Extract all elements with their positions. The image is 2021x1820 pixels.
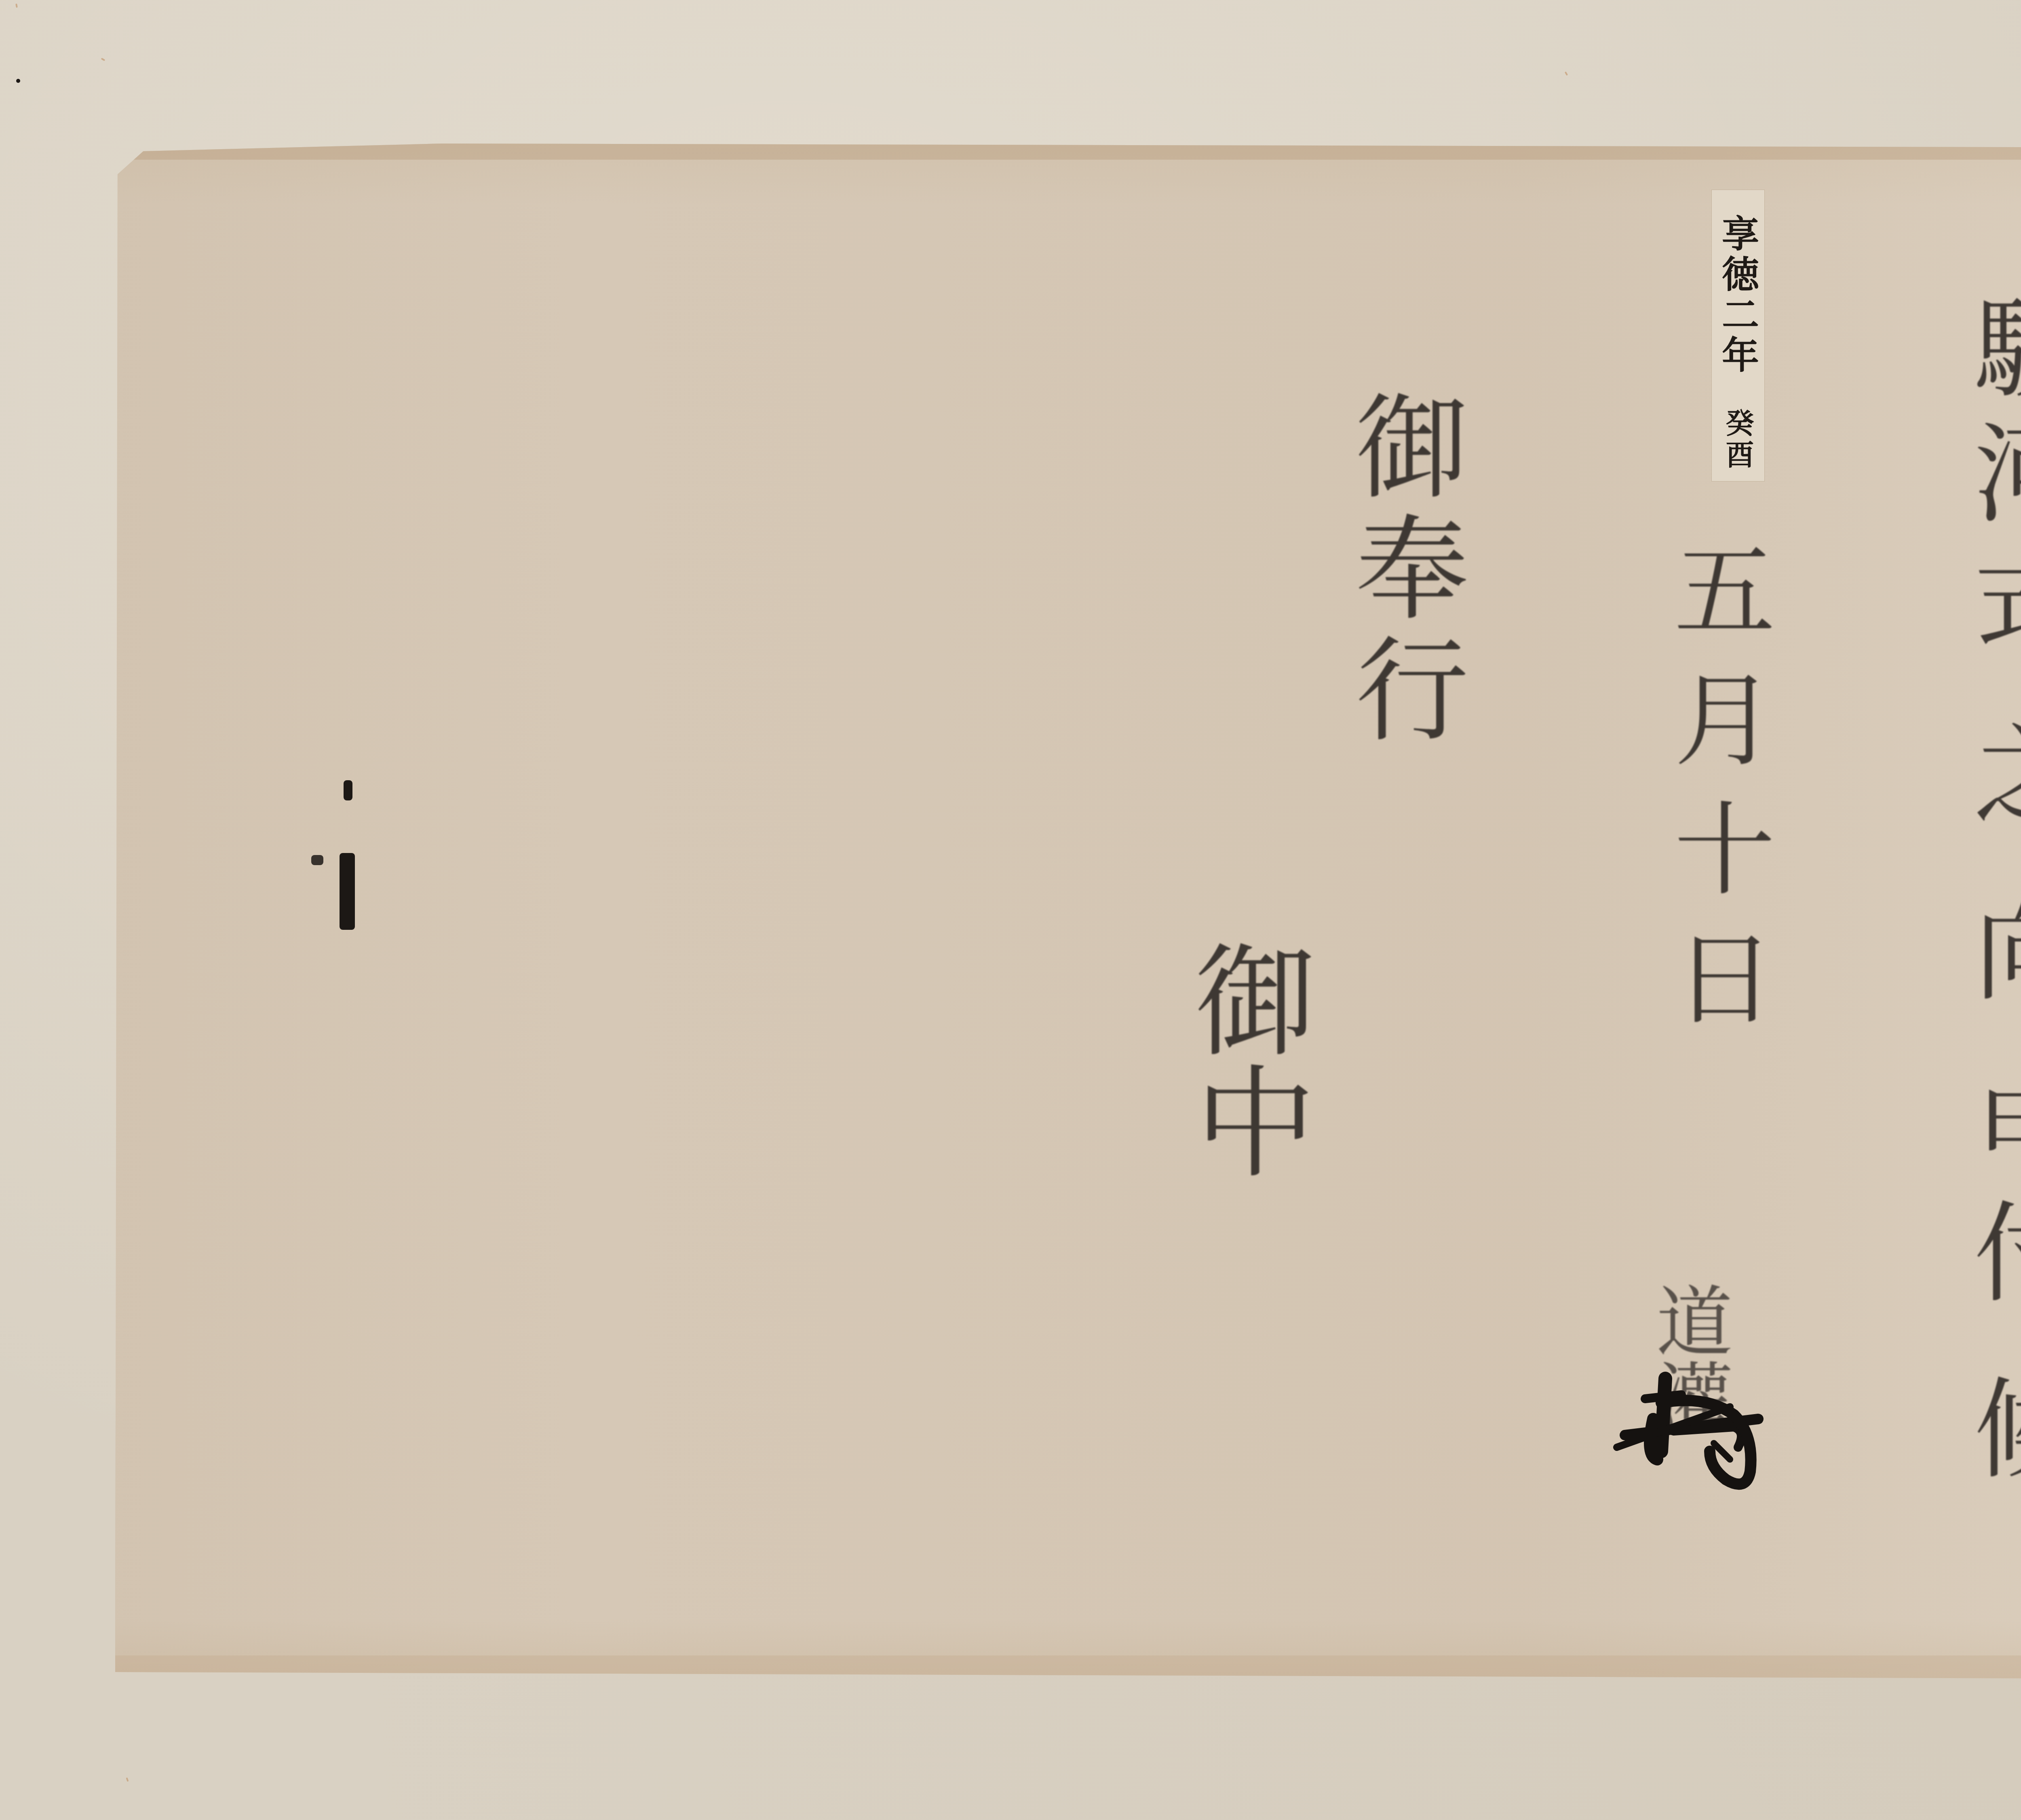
addressee-column-1: 御奉行 [1346, 388, 1459, 752]
margin-mark-short [344, 780, 352, 800]
label-zodiac-year: 癸酉 [1721, 408, 1755, 471]
addressee-column-2: 御中 [1184, 938, 1306, 1180]
body-column-2: 駿河式 之 向 申付 候 [1964, 291, 2021, 1497]
margin-mark-long [340, 853, 355, 930]
signature-block: 道灌 [1601, 1282, 1778, 1637]
label-era-year: 享徳二年 [1716, 214, 1759, 376]
margin-ink-marks [335, 780, 368, 942]
date-label-slip: 享徳二年 癸酉 [1712, 190, 1764, 481]
label-text: 享徳二年 癸酉 [1719, 214, 1756, 471]
margin-mark-dot [311, 855, 323, 865]
date-column: 五月十日 [1665, 538, 1766, 1055]
kao-monogram-icon [1601, 1282, 1778, 1637]
mount-speck [16, 79, 20, 83]
